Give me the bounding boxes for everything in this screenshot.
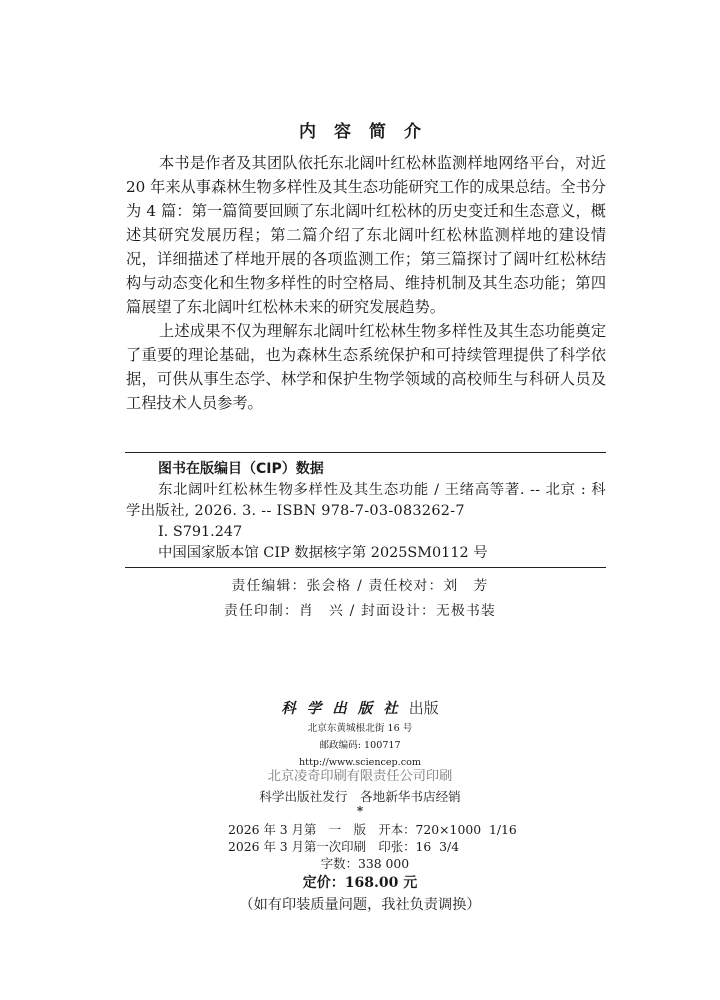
cip-top-divider	[125, 452, 606, 453]
edition-info: 2026 年 3 月第 一 版 开本：720×1000 1/162026 年 3…	[228, 821, 517, 855]
cip-heading: 图书在版编目（CIP）数据	[126, 458, 606, 480]
printing-info: 北京凌奇印刷有限责任公司印刷 科学出版社发行 各地新华书店经销 *	[0, 766, 720, 816]
word-count: 字数：338 000	[0, 855, 720, 872]
publisher-logo: 科学出版社	[281, 700, 409, 717]
staff-line-production: 责任印制：肖 兴 / 封面设计：无极书装	[0, 599, 720, 624]
editorial-staff: 责任编辑：张会格 / 责任校对：刘 芳 责任印制：肖 兴 / 封面设计：无极书装	[0, 574, 720, 624]
staff-line-editors: 责任编辑：张会格 / 责任校对：刘 芳	[0, 574, 720, 599]
copyright-page: 内容简介 本书是作者及其团队依托东北阔叶红松林监测样地网络平台，对近 20 年来…	[0, 0, 720, 1000]
printing-line: 2026 年 3 月第一次印刷 印张：16 3/4	[228, 838, 517, 855]
publisher-address: 北京东黄城根北街 16 号	[0, 720, 720, 737]
publisher-postcode: 邮政编码: 100717	[0, 737, 720, 754]
cip-classification: Ⅰ. S791.247	[126, 522, 606, 543]
quality-notice: （如有印装质量问题，我社负责调换）	[0, 894, 720, 916]
intro-paragraph: 本书是作者及其团队依托东北阔叶红松林监测样地网络平台，对近 20 年来从事森林生…	[126, 151, 606, 319]
publisher-suffix: 出版	[409, 699, 439, 717]
cip-library-record: 中国国家版本馆 CIP 数据核字第 2025SM0112 号	[126, 543, 606, 564]
book-introduction: 本书是作者及其团队依托东北阔叶红松林监测样地网络平台，对近 20 年来从事森林生…	[126, 151, 606, 415]
edition-line: 2026 年 3 月第 一 版 开本：720×1000 1/16	[228, 821, 517, 838]
cip-data-block: 图书在版编目（CIP）数据 东北阔叶红松林生物多样性及其生态功能 / 王绪高等著…	[126, 458, 606, 564]
separator-asterisk: *	[0, 806, 720, 816]
intro-paragraph: 上述成果不仅为理解东北阔叶红松林生物多样性及其生态功能奠定了重要的理论基础，也为…	[126, 319, 606, 415]
cip-bottom-divider	[125, 567, 606, 568]
printer-name: 北京凌奇印刷有限责任公司印刷	[0, 766, 720, 787]
publisher-name-line: 科学出版社出版	[0, 697, 720, 720]
publisher-info: 科学出版社出版 北京东黄城根北街 16 号 邮政编码: 100717 http:…	[0, 697, 720, 771]
price: 定价：168.00 元	[0, 873, 720, 893]
page-title: 内容简介	[0, 120, 720, 144]
cip-entry: 东北阔叶红松林生物多样性及其生态功能 / 王绪高等著. -- 北京 : 科学出版…	[126, 480, 606, 522]
